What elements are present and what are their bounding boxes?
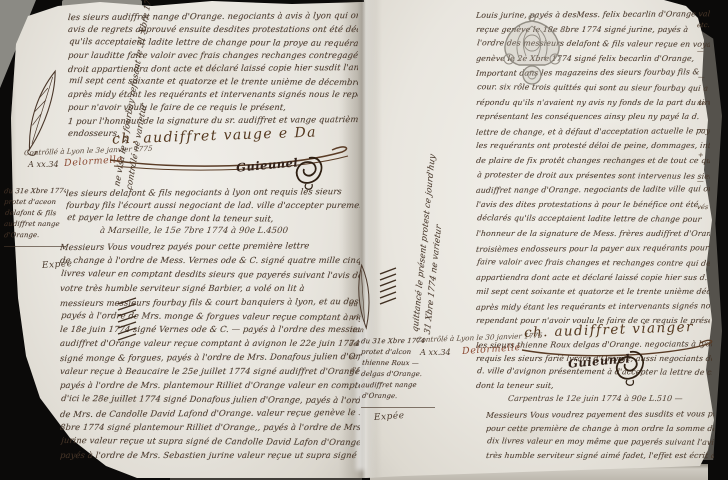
- manuscript-line: répondu qu'ils n'avaient ny avis ny fond…: [476, 96, 710, 111]
- manuscript-line: très humble serviteur signé aimé fadet, …: [486, 449, 714, 463]
- manuscript-line: payés à l'ordre de Mrs. Sebastien jurine…: [60, 449, 360, 463]
- manuscript-line: mil sept cent soixante et quatorze et le…: [68, 74, 358, 89]
- manuscript-line: lettre de change, et à défaut d'acceptat…: [476, 124, 710, 140]
- manuscript-line: d'Orange.: [4, 230, 66, 241]
- manuscript-line: l'honneur de la signature de Mess. frère…: [476, 227, 710, 242]
- edge-mark: vés: [696, 194, 727, 220]
- manuscript-line: de change à l'ordre de Mess. Vernes ode …: [60, 254, 360, 268]
- manuscript-line: thienne Roux —: [361, 358, 435, 370]
- manuscript-line: fourbay fils l'écourt aussi negociant de…: [66, 199, 360, 212]
- edge-mark: ne: [696, 90, 727, 116]
- left-page-entry2-intro: les sieurs delafont & fils negociants à …: [66, 186, 360, 225]
- bill-dateline: à Marseille, le 15e 7bre 1774 à 90e L.45…: [99, 226, 288, 236]
- edge-mark: —: [696, 38, 727, 64]
- manuscript-line: représentant les conséquences ainsy pleu…: [476, 110, 710, 125]
- manuscript-line: pour lauditte faire valoir avec frais ch…: [68, 49, 358, 62]
- manuscript-line: les requérants ont protesté déloi de pei…: [476, 139, 710, 154]
- manuscript-line: après midy étant les requérants et inter…: [476, 299, 710, 315]
- manuscript-line: delafont & fils: [4, 208, 66, 219]
- manuscript-line: audiffret nange: [361, 380, 435, 392]
- manuscript-line: les sieurs audiffret nange d'Orange. neg…: [68, 10, 358, 24]
- manuscript-line: audiffret nange d'Orange. negociants de …: [476, 182, 710, 198]
- manuscript-line: déclarés qu'ils acceptaient ladite lettr…: [476, 212, 710, 228]
- manuscript-line: Messieurs Vous voudrez payement des susd…: [486, 408, 714, 422]
- edge-mark: —: [696, 116, 727, 142]
- manuscript-line: messieurs messieurs fourbay fils & court…: [60, 295, 360, 311]
- manuscript-line: signé monge & forgues, payés à l'ordre d…: [60, 350, 360, 366]
- manuscript-line: pour cette première de change à mon ordr…: [486, 422, 714, 436]
- manuscript-line: l'avis des dites protestations à pour le…: [476, 198, 710, 213]
- edge-mark: +: [697, 142, 728, 168]
- manuscript-line: protet d'alcon: [361, 347, 435, 358]
- manuscript-scan: { "colors":{"background":"#0b0a09","pape…: [0, 0, 728, 480]
- bill-dateline: Carpentras le 12e juin 1774 à 90e L.510 …: [508, 394, 684, 403]
- manuscript-line: valeur reçue à Beaucaire le 25e juillet …: [60, 365, 360, 379]
- hatch-marks-icon: [378, 266, 400, 304]
- edge-mark: etc.: [696, 12, 727, 38]
- manuscript-line: le 18e juin 1774 signé Vernes ode & C. —…: [60, 323, 360, 337]
- manuscript-line: avis de regrets approuvé ensuite desdite…: [68, 23, 358, 36]
- manuscript-line: pour n'avoir voulu le faire de ce requis…: [68, 101, 358, 114]
- left-page-margin-note: du 31e Xbre 1774protet d'aceondelafont &…: [4, 186, 66, 247]
- manuscript-line: après midy étant les requérants et inter…: [68, 88, 358, 101]
- manuscript-line: livres valeur en comptant desdits sieurs…: [60, 267, 360, 283]
- manuscript-line: dont la teneur suit,: [476, 379, 712, 393]
- manuscript-line: mil sept cent soixante et quatorze et le…: [476, 285, 710, 300]
- manuscript-line: votre très humble serviteur signé Barbie…: [60, 282, 360, 296]
- manuscript-line: payés à l'ordre de Mrs. plantemour Rilli…: [60, 379, 360, 393]
- manuscript-line: appartiendra dont acte et déclaré laissé…: [476, 271, 710, 286]
- manuscript-line: de Mrs. de Candolle David Lafond d'Orang…: [60, 406, 360, 422]
- edge-mark: —: [697, 64, 728, 90]
- right-page-entry2-text: Messieurs Vous voudrez payement des susd…: [486, 408, 714, 462]
- manuscript-line: faire valoir avec frais changes et recha…: [476, 255, 710, 271]
- manuscript-line: jurine valeur reçue ut supra signé de Ca…: [60, 434, 360, 450]
- right-page-margin-note: du 31e Xbre 1774protet d'alconthienne Ro…: [361, 336, 435, 408]
- expedited-note: Expée: [374, 411, 405, 423]
- manuscript-line: protet d'aceon: [4, 197, 66, 208]
- manuscript-line: et payer la lettre de change dont la ten…: [66, 211, 360, 225]
- manuscript-line: de plaire de fix protêt changes rechange…: [476, 154, 710, 169]
- tax-stamp-icon: [500, 12, 564, 90]
- signature-paraph-icon: [612, 346, 648, 386]
- manuscript-line: qu'ils acceptaient ladite lettre de chan…: [68, 35, 358, 50]
- left-page-entry2-text: Messieurs Vous voudrez payés pour cette …: [60, 240, 360, 464]
- manuscript-line: audiffret d'Orange valeur reçue comptant…: [60, 337, 360, 351]
- manuscript-line: du 31e Xbre 1774: [361, 336, 435, 347]
- manuscript-line: du 31e Xbre 1774: [4, 186, 66, 197]
- manuscript-line: dix livres valeur en moy même que payeré…: [486, 434, 714, 449]
- manuscript-line: Messieurs Vous voudrez payés pour cette …: [60, 240, 360, 255]
- left-page-entry1-text: les sieurs audiffret nange d'Orange. neg…: [68, 10, 358, 143]
- edge-mark: —: [696, 168, 727, 194]
- right-edge-marks: etc.——ne—+—vés: [697, 12, 725, 220]
- manuscript-line: d'Orange.: [361, 391, 435, 403]
- manuscript-line: delgas d'Orange.: [361, 369, 435, 380]
- manuscript-line: audiffret nange: [4, 219, 66, 230]
- hatch-marks-icon: [116, 296, 140, 342]
- signature-paraph-icon: [292, 152, 326, 190]
- manuscript-line: 8bre 1774 signé plantemour Rilliet d'Ora…: [60, 421, 360, 435]
